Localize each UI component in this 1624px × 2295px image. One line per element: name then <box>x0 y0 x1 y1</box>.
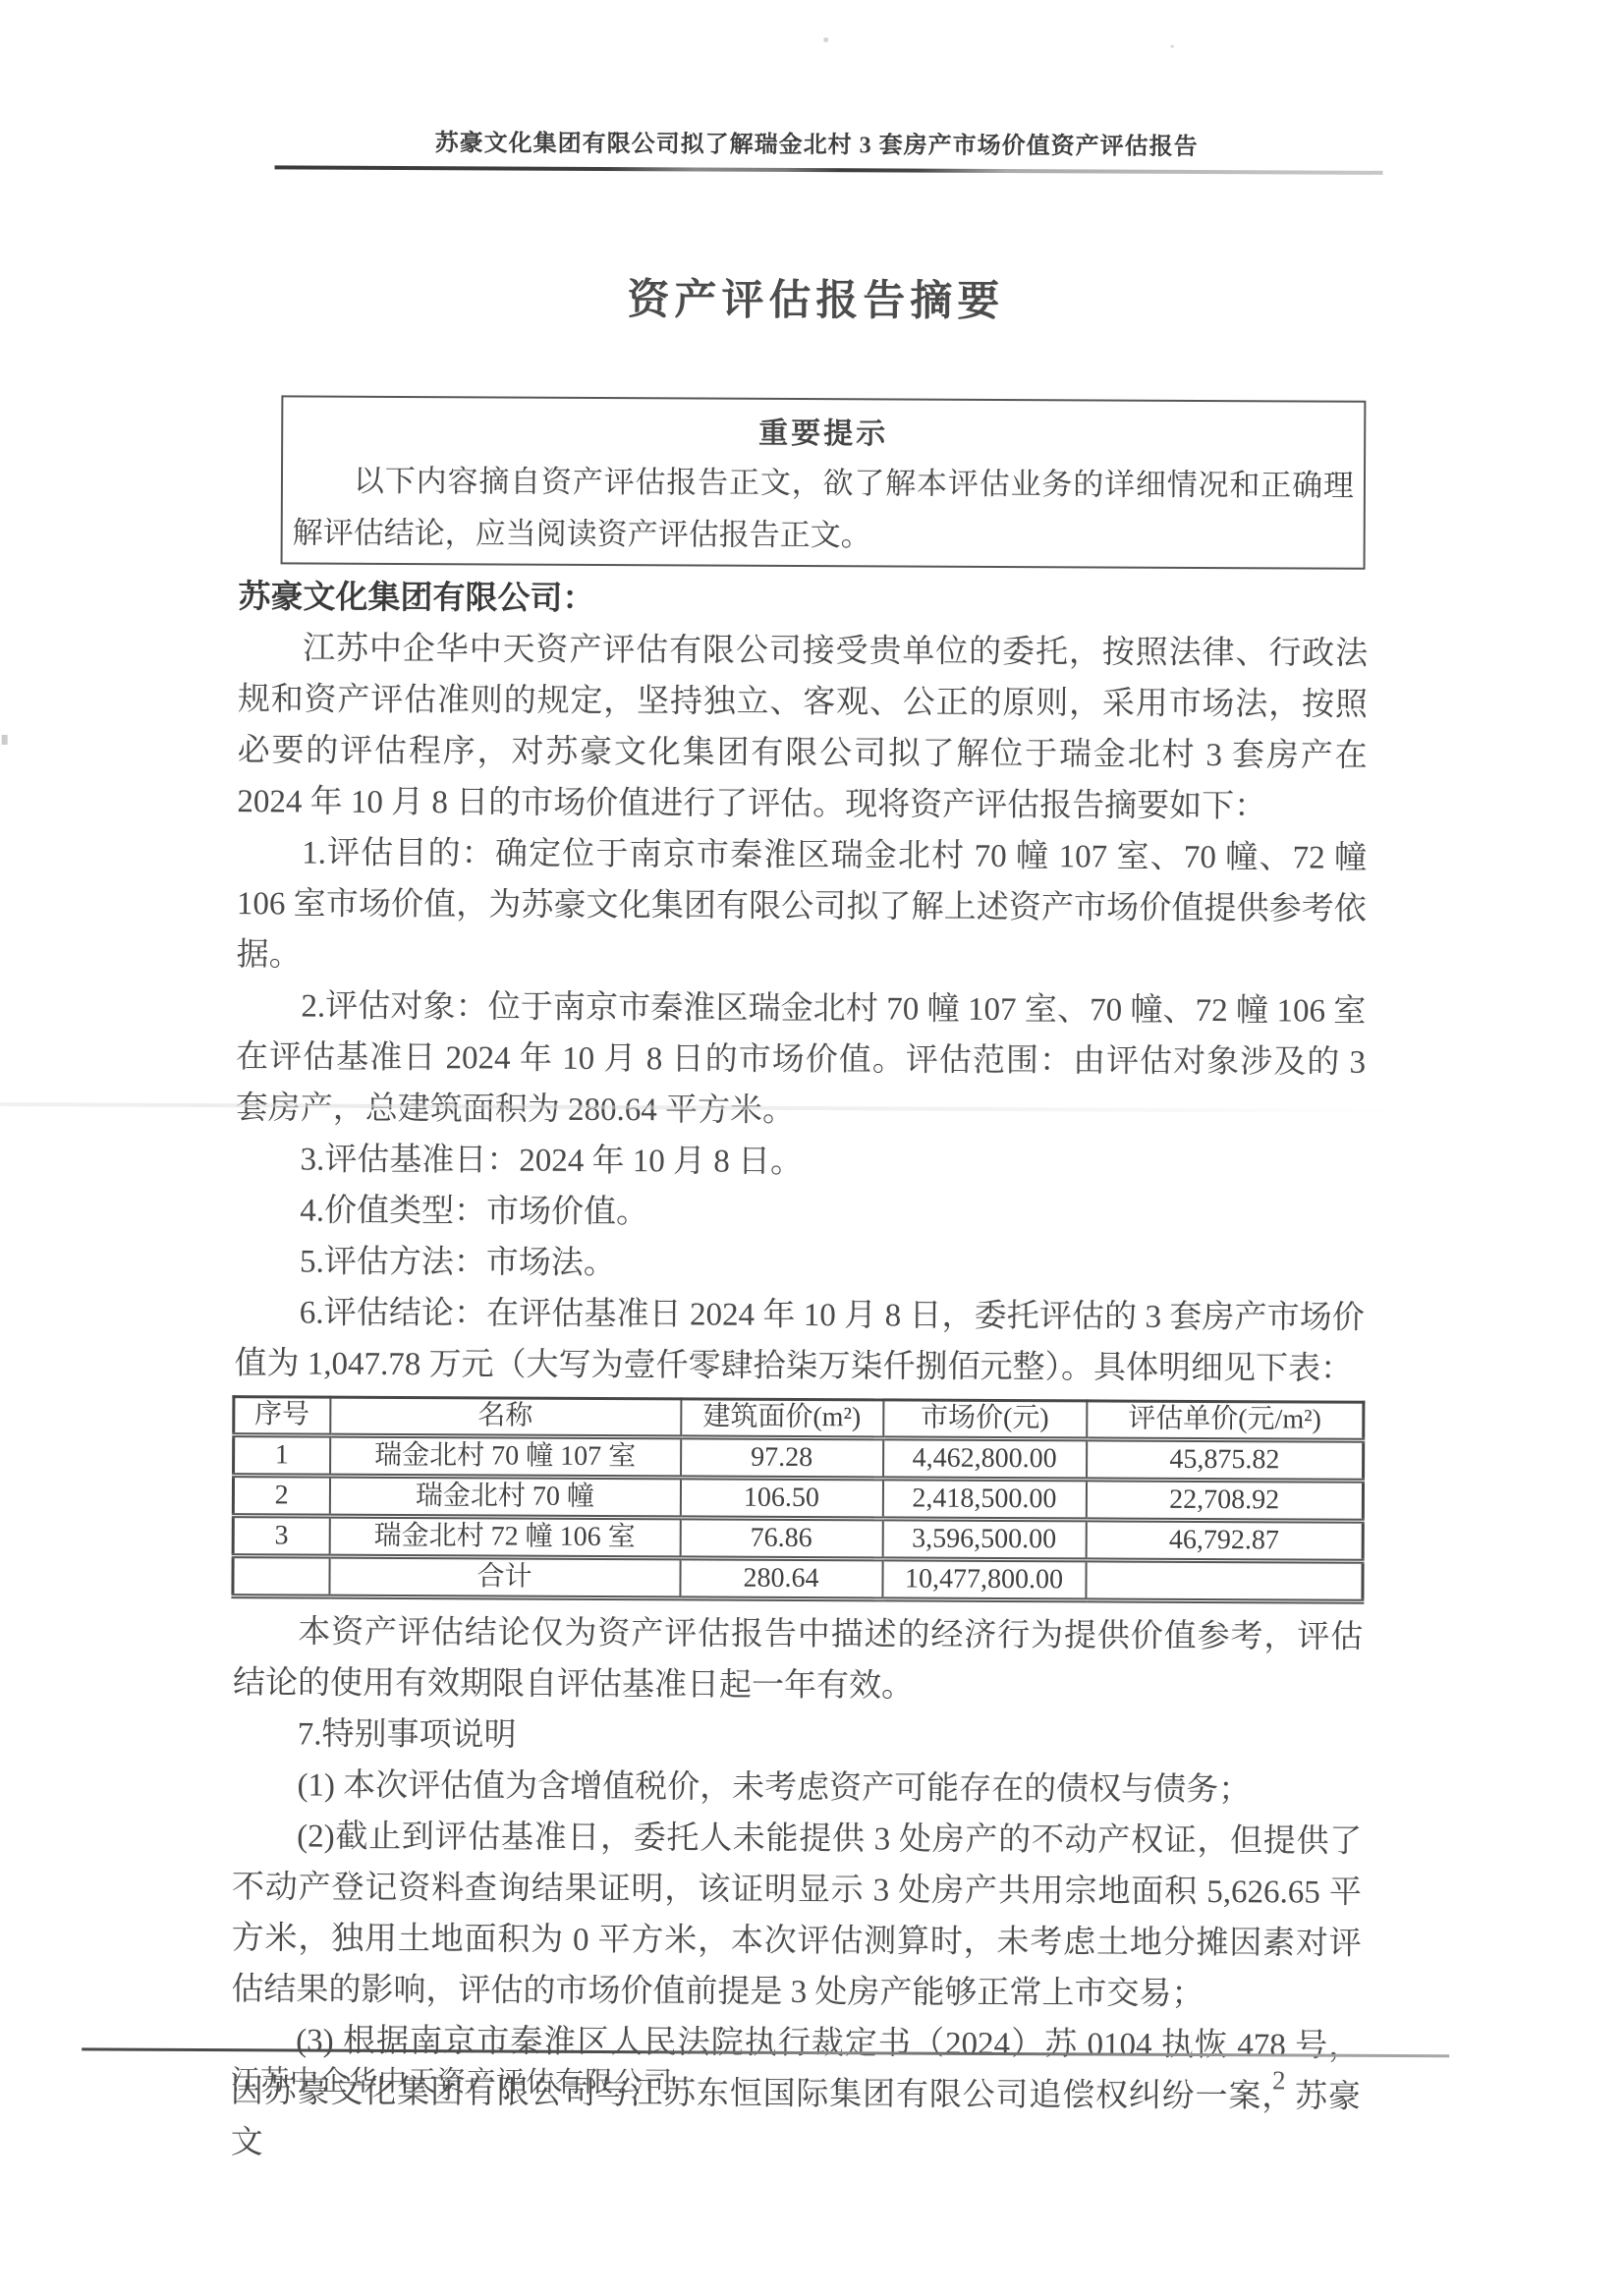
table-header-cell: 评估单价(元/m²) <box>1087 1401 1364 1440</box>
page-number: 2 <box>1272 2065 1286 2096</box>
table-cell: 97.28 <box>681 1437 883 1479</box>
table-cell: 合计 <box>329 1556 680 1598</box>
table-cell: 280.64 <box>680 1558 882 1599</box>
body-paragraph: (1) 本次评估值为含增值税价，未考虑资产可能存在的债权与债务； <box>232 1760 1362 1817</box>
table-cell: 1 <box>234 1435 330 1476</box>
table-cell: 瑞金北村 70 幢 107 室 <box>330 1435 681 1478</box>
table-row: 2瑞金北村 70 幢106.502,418,500.0022,708.92 <box>233 1476 1363 1522</box>
body-paragraph: 3.评估基准日：2024 年 10 月 8 日。 <box>235 1134 1365 1191</box>
salutation: 苏豪文化集团有限公司： <box>238 572 1368 629</box>
body-paragraph: 7.特别事项说明 <box>233 1708 1363 1765</box>
scan-speck <box>1170 45 1174 48</box>
scanned-report-page: 苏豪文化集团有限公司拟了解瑞金北村 3 套房产市场价值资产评估报告 资产评估报告… <box>0 0 1624 2295</box>
header-rule <box>275 165 1383 175</box>
table-header-cell: 序号 <box>234 1397 330 1435</box>
scan-speck <box>823 37 828 42</box>
table-header-row: 序号名称建筑面价(m²)市场价(元)评估单价(元/m²) <box>234 1397 1364 1441</box>
scan-sheet: 苏豪文化集团有限公司拟了解瑞金北村 3 套房产市场价值资产评估报告 资产评估报告… <box>0 0 1624 2295</box>
valuation-table: 序号名称建筑面价(m²)市场价(元)评估单价(元/m²) 1瑞金北村 70 幢 … <box>231 1395 1365 1604</box>
table-cell: 瑞金北村 70 幢 <box>329 1476 680 1518</box>
body-paragraph: 6.评估结论：在评估基准日 2024 年 10 月 8 日，委托评估的 3 套房… <box>234 1287 1364 1395</box>
table-cell: 10,477,800.00 <box>882 1559 1086 1600</box>
body-paragraph: 2.评估对象：位于南京市秦淮区瑞金北村 70 幢 107 室、70 幢、72 幢… <box>236 980 1367 1140</box>
table-cell: 22,708.92 <box>1086 1480 1363 1521</box>
notice-title: 重要提示 <box>283 406 1364 454</box>
body-paragraph: 1.评估目的：确定位于南京市秦淮区瑞金北村 70 幢 107 室、70 幢、72… <box>236 827 1367 986</box>
table-cell: 3,596,500.00 <box>882 1519 1086 1560</box>
table-header-cell: 名称 <box>330 1397 681 1437</box>
important-notice-box: 重要提示 以下内容摘自资产评估报告正文，欲了解本评估业务的详细情况和正确理解评估… <box>281 395 1367 569</box>
table-cell: 46,792.87 <box>1086 1520 1363 1561</box>
body-paragraph: 5.评估方法：市场法。 <box>235 1236 1365 1293</box>
table-row: 3瑞金北村 72 幢 106 室76.863,596,500.0046,792.… <box>233 1516 1363 1562</box>
table-cell: 76.86 <box>680 1518 882 1559</box>
table-header-cell: 建筑面价(m²) <box>681 1399 883 1438</box>
table-cell: 2,418,500.00 <box>882 1479 1086 1520</box>
table-cell: 4,462,800.00 <box>883 1438 1087 1480</box>
scan-edge-artifact <box>2 735 8 745</box>
body-paragraph: (2)截止到评估基准日，委托人未能提供 3 处房产的不动产权证，但提供了不动产登… <box>231 1811 1362 2021</box>
table-cell <box>233 1556 329 1596</box>
footer-company: 江苏中企华中天资产评估有限公司 <box>231 2058 673 2100</box>
table-cell: 106.50 <box>680 1478 882 1519</box>
table-cell <box>1086 1560 1363 1601</box>
body-paragraph: 本资产评估结论仅为资产评估报告中描述的经济行为提供价值参考，评估结论的使用有效期… <box>233 1606 1363 1714</box>
running-header: 苏豪文化集团有限公司拟了解瑞金北村 3 套房产市场价值资产评估报告 <box>5 121 1624 163</box>
table-cell: 45,875.82 <box>1087 1439 1364 1481</box>
page-title: 资产评估报告摘要 <box>4 263 1624 331</box>
table-cell: 2 <box>233 1476 329 1516</box>
table-row: 1瑞金北村 70 幢 107 室97.284,462,800.0045,875.… <box>234 1435 1364 1482</box>
table-header-cell: 市场价(元) <box>883 1400 1087 1439</box>
table-cell: 3 <box>233 1516 329 1556</box>
body-paragraph: 4.价值类型：市场价值。 <box>235 1185 1365 1242</box>
table-row: 合计280.6410,477,800.00 <box>233 1556 1363 1602</box>
notice-body: 以下内容摘自资产评估报告正文，欲了解本评估业务的详细情况和正确理解评估结论，应当… <box>283 454 1365 563</box>
body-paragraph: 江苏中企华中天资产评估有限公司接受贵单位的委托，按照法律、行政法规和资产评估准则… <box>237 623 1368 833</box>
paragraphs-before-table: 江苏中企华中天资产评估有限公司接受贵单位的委托，按照法律、行政法规和资产评估准则… <box>234 623 1368 1395</box>
report-body: 苏豪文化集团有限公司： 江苏中企华中天资产评估有限公司接受贵单位的委托，按照法律… <box>231 572 1369 2174</box>
table-cell: 瑞金北村 72 幢 106 室 <box>329 1516 680 1558</box>
